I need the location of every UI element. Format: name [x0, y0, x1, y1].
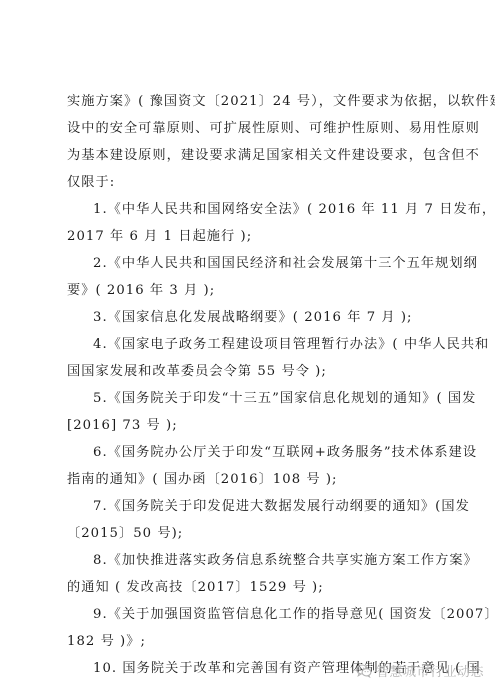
list-item-1-cont: 2017 年 6 月 1 日起施行 ); — [67, 223, 427, 250]
text-line-2: 设中的安全可靠原则、可扩展性原则、可维护性原则、易用性原则 — [67, 115, 427, 142]
list-item-4-cont: 国国家发展和改革委员会令第 55 号令 ); — [67, 358, 427, 385]
list-item-5: 5.《国务院关于印发“十三五”国家信息化规划的通知》( 国发 — [67, 385, 427, 412]
text-line-3: 为基本建设原则，建设要求满足国家相关文件建设要求，包含但不 — [67, 142, 427, 169]
text-line-1: 实施方案》( 豫国资文〔2021〕24 号），文件要求为依据，以软件建 — [67, 88, 427, 115]
list-item-8-cont: 的通知 ( 发改高技〔2017〕1529 号 ); — [67, 574, 427, 601]
list-item-2-cont: 要》( 2016 年 3 月 ); — [67, 277, 427, 304]
list-item-3: 3.《国家信息化发展战略纲要》( 2016 年 7 月 ); — [67, 304, 427, 331]
list-item-7: 7.《国务院关于印发促进大数据发展行动纲要的通知》(国发 — [67, 493, 427, 520]
list-item-6: 6.《国务院办公厅关于印发“互联网+政务服务”技术体系建设 — [67, 439, 427, 466]
list-item-1: 1.《中华人民共和国网络安全法》( 2016 年 11 月 7 日发布，自 — [67, 196, 427, 223]
list-item-7-cont: 〔2015〕50 号); — [67, 520, 427, 547]
list-item-9-cont: 182 号 )》; — [67, 628, 427, 655]
list-item-4: 4.《国家电子政务工程建设项目管理暂行办法》( 中华人民共和 — [67, 331, 427, 358]
list-item-2: 2.《中华人民共和国国民经济和社会发展第十三个五年规划纲 — [67, 250, 427, 277]
list-item-9: 9.《关于加强国资监管信息化工作的指导意见( 国资发〔2007〕 — [67, 601, 427, 628]
list-item-8: 8.《加快推进落实政务信息系统整合共享实施方案工作方案》 — [67, 547, 427, 574]
document-body: 实施方案》( 豫国资文〔2021〕24 号），文件要求为依据，以软件建 设中的安… — [67, 88, 427, 682]
text-line-4: 仅限于: — [67, 169, 427, 196]
watermark: 智慧城市行业动态 — [356, 661, 484, 680]
list-item-6-cont: 指南的通知》( 国办函〔2016〕108 号 ); — [67, 466, 427, 493]
list-item-5-cont: [2016] 73 号 ); — [67, 412, 427, 439]
wechat-icon — [356, 664, 372, 678]
watermark-text: 智慧城市行业动态 — [376, 661, 484, 680]
